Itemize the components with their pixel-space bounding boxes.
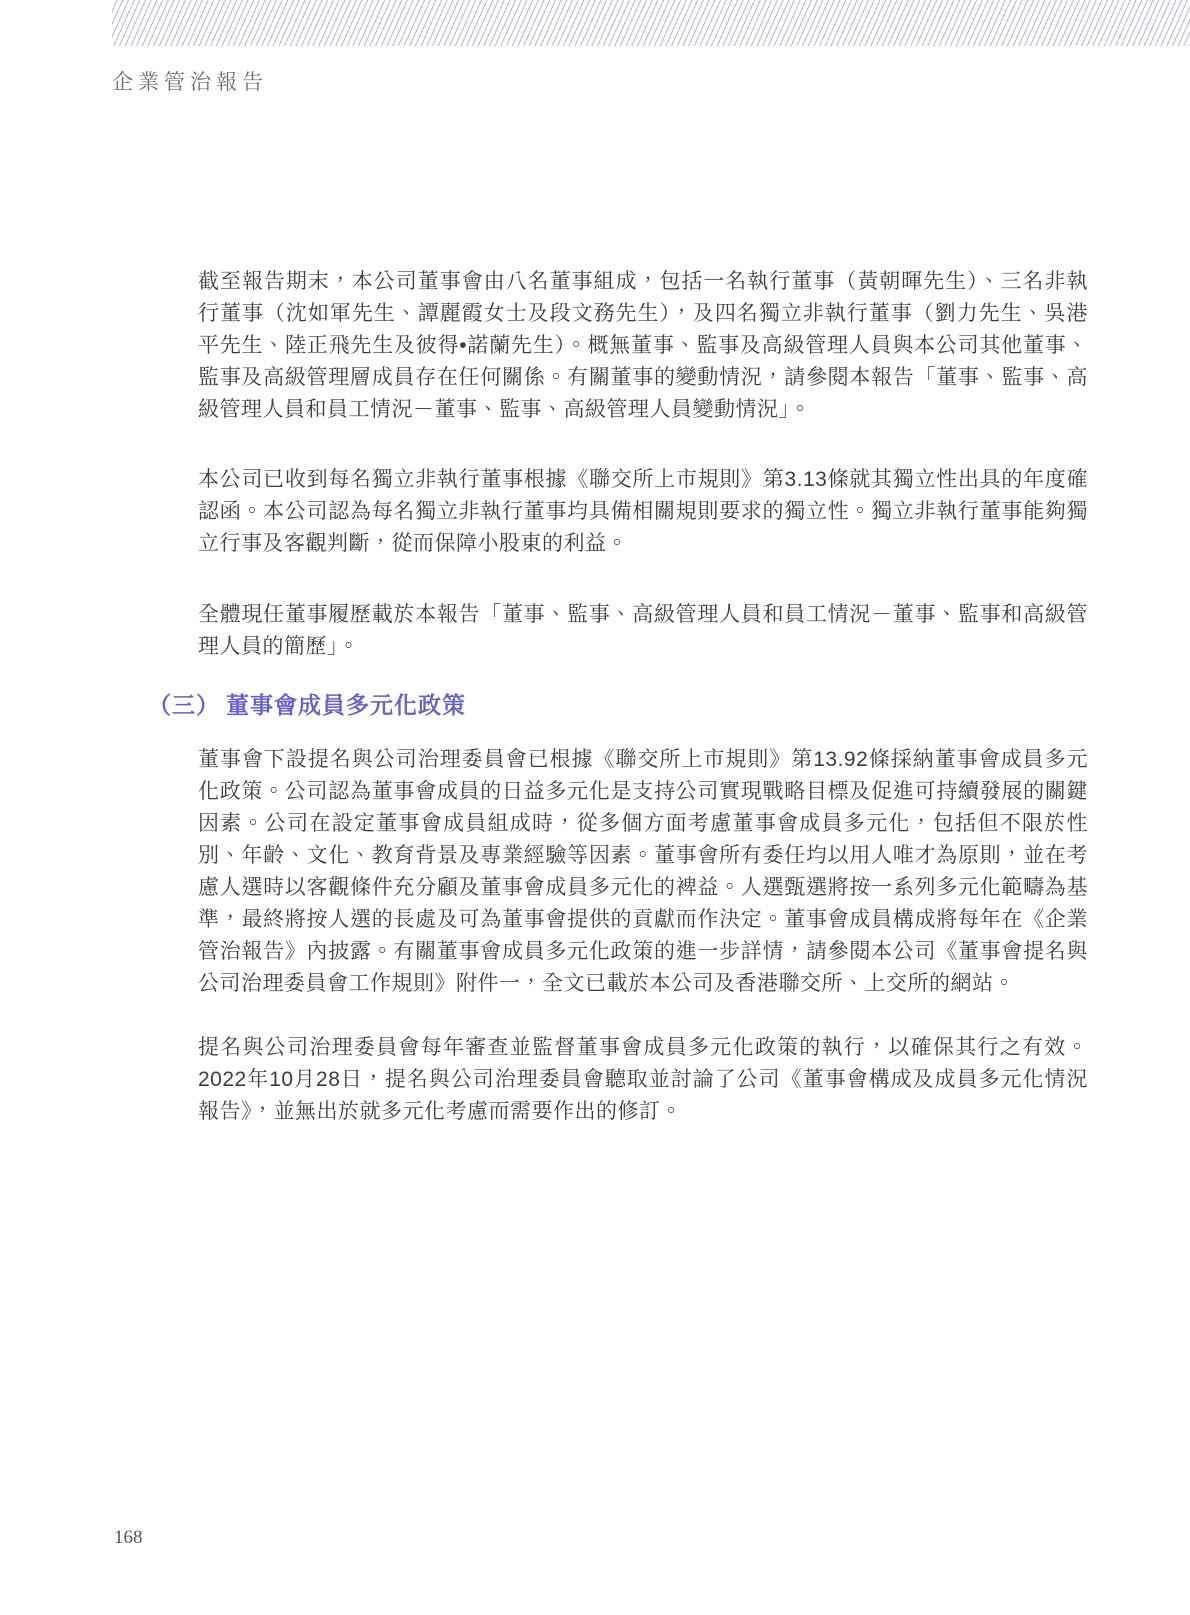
page-number: 168 — [114, 1527, 143, 1549]
section-heading-board-diversity: （三）董事會成員多元化政策 — [148, 688, 1088, 722]
section-number: （三） — [148, 692, 220, 718]
content-area: 截至報告期末，本公司董事會由八名董事組成，包括一名執行董事（黃朝暉先生）、三名非… — [198, 266, 1088, 1128]
paragraph-diversity-review: 提名與公司治理委員會每年審查並監督董事會成員多元化政策的執行，以確保其行之有效。… — [198, 1032, 1088, 1128]
decorative-hatch-band — [112, 0, 1190, 46]
section-title: 董事會成員多元化政策 — [226, 692, 466, 718]
page-title: 企業管治報告 — [112, 66, 268, 96]
paragraph-director-biographies: 全體現任董事履歷載於本報告「董事、監事、高級管理人員和員工情況－董事、監事和高級… — [198, 599, 1088, 663]
document-page: 企業管治報告 截至報告期末，本公司董事會由八名董事組成，包括一名執行董事（黃朝暉… — [0, 0, 1190, 1615]
paragraph-diversity-policy: 董事會下設提名與公司治理委員會已根據《聯交所上市規則》第13.92條採納董事會成… — [198, 744, 1088, 1000]
paragraph-independence-confirmation: 本公司已收到每名獨立非執行董事根據《聯交所上市規則》第3.13條就其獨立性出具的… — [198, 464, 1088, 560]
paragraph-board-composition: 截至報告期末，本公司董事會由八名董事組成，包括一名執行董事（黃朝暉先生）、三名非… — [198, 266, 1088, 426]
